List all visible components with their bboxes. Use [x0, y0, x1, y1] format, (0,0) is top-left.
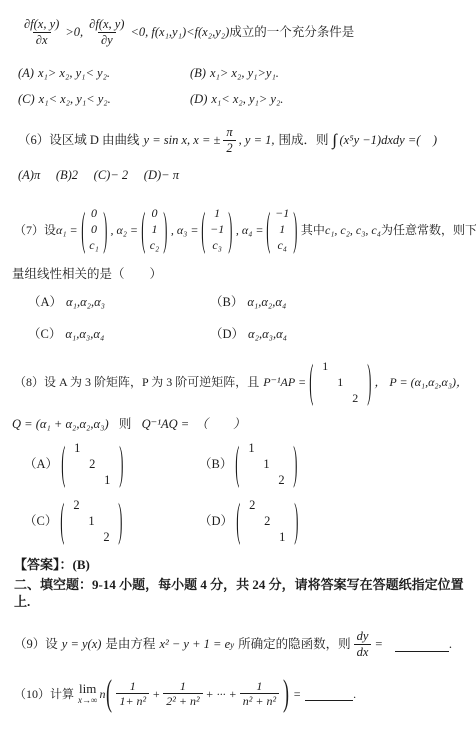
series-fraction-1: 1 1+ n² — [116, 679, 149, 709]
question-6-options: (A)π (B)2 (C)− 2 (D)− π — [18, 167, 468, 184]
answer-blank — [305, 687, 353, 701]
question-7-options: （A）α₁,α₂,α₃ （B）α₁,α₂,α₄ （C）α₁,α₃,α₄ （D）α… — [28, 294, 468, 344]
stem-text: （7）设 — [14, 222, 56, 238]
option-label: （D） — [210, 327, 244, 341]
option-b: （B）α₁,α₂,α₄ — [210, 294, 468, 311]
option-label: （C） — [24, 513, 57, 530]
matrix-entry: 1 — [244, 440, 259, 457]
option-text: x₁< x₂, y₁> y₂. — [211, 92, 283, 106]
option-label: （A） — [28, 295, 62, 309]
fraction-denominator: dx — [354, 644, 372, 660]
matrix-entry: 1 — [318, 358, 333, 374]
stem-text-2: 围成．则 — [279, 132, 329, 149]
dy-dx-fraction: dy dx — [354, 629, 372, 660]
option-label: (A) — [18, 66, 34, 80]
option-text: α₁,α₃,α₄ — [65, 327, 104, 341]
question-7-stem: （7）设 α₁ = (00c₁) , α₂ = (01c₂) , α₃ = (1… — [14, 199, 468, 261]
function-formula: y = y(x) — [62, 636, 102, 653]
curve-formula: y = sin x, x = ± — [144, 132, 221, 149]
matrix-entry: 2 — [348, 390, 363, 406]
vector-entry: 1 — [279, 222, 285, 238]
matrix-entry: 1 — [70, 440, 85, 457]
equation-formula: x² − y + 1 = e — [159, 636, 230, 653]
equals-sign: = — [293, 686, 301, 702]
left-paren: ( — [236, 441, 240, 488]
similarity-formula: P⁻¹AP = — [263, 374, 306, 390]
option-a: (A)x₁> x₂, y₁< y₂. — [18, 65, 190, 82]
right-paren: ) — [293, 441, 297, 488]
matrix-entry: 1 — [275, 529, 290, 546]
right-paren: ) — [119, 441, 123, 488]
question-5-options: (A)x₁> x₂, y₁< y₂. (B)x₁> x₂, y₁>y₁. (C)… — [18, 65, 468, 108]
section-2-header: 二、填空题：9-14 小题，每小题 4 分，共 24 分，请将答案写在答题纸指定… — [14, 576, 468, 611]
right-paren: ) — [294, 498, 298, 545]
alpha4-vector: (−11c₄) — [265, 206, 298, 253]
question-6-stem: （6）设区域 D 由曲线 y = sin x, x = ± π 2 , y = … — [18, 121, 468, 161]
alpha3-vector: (1−1c₃) — [200, 206, 233, 253]
option-c: （C）α₁,α₃,α₄ — [28, 326, 210, 343]
fraction-denominator: ∂x — [33, 32, 51, 48]
option-text: α₁,α₂,α₃ — [66, 295, 105, 309]
partial-derivative-y-fraction: ∂f(x, y) ∂y — [86, 17, 127, 48]
option-text: α₂,α₃,α₄ — [248, 327, 287, 341]
fraction-numerator: 1 — [177, 679, 189, 693]
option-label: (C) — [18, 92, 35, 106]
stem-text: （6）设区域 D 由曲线 — [18, 132, 140, 149]
double-integral-icon: ∫∫ — [333, 130, 340, 152]
fraction-denominator: ∂y — [98, 32, 116, 48]
option-d: （D）α₂,α₃,α₄ — [210, 326, 468, 343]
stem-text-3: 为任意常数，则下列向 — [381, 222, 476, 238]
stem-text: （8）设 A 为 3 阶矩阵，P 为 3 阶可逆矩阵，且 — [14, 374, 259, 390]
answer-line: 【答案】：(B) — [14, 556, 468, 574]
n-factor: n — [99, 686, 105, 702]
fraction-numerator: 1 — [253, 679, 265, 693]
right-paren: ) — [103, 206, 107, 253]
vector-entry: 0 — [91, 206, 97, 222]
condition-formula: <0, f(x₁,y₁)<f(x₂,y₂) — [130, 24, 229, 41]
stem-text-3: 所确定的隐函数，则 — [238, 636, 351, 653]
option-matrix: (112) — [234, 440, 298, 488]
alpha2-vector: (01c₂) — [140, 206, 169, 253]
left-paren: ( — [202, 206, 206, 253]
q-definition: Q = (α₁ + α₂,α₂,α₃) — [12, 417, 109, 431]
alpha2-label: , α₂ = — [110, 222, 138, 238]
vector-entry: c₂ — [150, 238, 160, 254]
pi-over-2-fraction: π 2 — [223, 125, 235, 156]
fraction-denominator: 2² + n² — [163, 693, 202, 708]
option-label: (D) — [190, 92, 207, 106]
matrix-entry: 1 — [100, 472, 115, 489]
left-paren: ( — [141, 206, 145, 253]
option-matrix: (121) — [60, 440, 124, 488]
option-a: （A） (121) — [24, 440, 199, 488]
left-paren: ( — [61, 498, 65, 545]
stem-text: 成立的一个充分条件是 — [229, 24, 354, 41]
matrix-entry: 1 — [259, 456, 274, 473]
fraction-denominator: 1+ n² — [116, 693, 149, 708]
inequality-text: >0, — [65, 24, 83, 41]
fraction-numerator: ∂f(x, y) — [21, 17, 62, 32]
alpha1-vector: (00c₁) — [80, 206, 109, 253]
vector-entry: −1 — [275, 206, 289, 222]
plus-sign: + — [152, 686, 160, 702]
series-fraction-3: 1 n² + n² — [240, 679, 279, 709]
vector-entry: c₁ — [89, 238, 99, 254]
question-7-continuation: 量组线性相关的是（ ） — [12, 266, 468, 283]
right-paren: ) — [228, 206, 232, 253]
stem-text-2: 其中 — [301, 222, 325, 238]
question-5-stem: ∂f(x, y) ∂x >0, ∂f(x, y) ∂y <0, f(x₁,y₁)… — [18, 9, 468, 55]
fraction-numerator: ∂f(x, y) — [86, 17, 127, 32]
equals-sign: = — [374, 636, 382, 653]
option-label: （B） — [210, 295, 243, 309]
option-d: (D)x₁< x₂, y₁> y₂. — [190, 91, 468, 108]
fraction-numerator: dy — [354, 629, 372, 644]
right-paren: ) — [294, 206, 298, 253]
option-text: x₁< x₂, y₁< y₂. — [39, 92, 111, 106]
integrand-formula: (x⁵y −1)dxdy =( ) — [340, 132, 438, 149]
matrix-entry: 2 — [99, 529, 114, 546]
question-8-stem: （8）设 A 为 3 阶矩阵，P 为 3 阶可逆矩阵，且 P⁻¹AP = (11… — [14, 351, 468, 413]
option-label: （D） — [199, 513, 233, 530]
option-label: （C） — [28, 327, 61, 341]
answer-blank — [395, 638, 449, 652]
partial-derivative-x-fraction: ∂f(x, y) ∂x — [21, 17, 62, 48]
matrix-entry: 1 — [333, 374, 348, 390]
question-10-stem: （10）计算 lim x→∞ n ( 1 1+ n² + 1 2² + n² +… — [14, 671, 468, 717]
diagonal-matrix: (112) — [308, 358, 372, 406]
left-paren: ( — [81, 206, 85, 253]
fraction-numerator: π — [223, 125, 235, 140]
question-8-options: （A） (121) （B） (112) （C） (212) （D） (221) — [24, 440, 468, 545]
period: . — [449, 636, 452, 653]
option-c: (C)x₁< x₂, y₁< y₂. — [18, 91, 190, 108]
option-label: (B) — [190, 66, 206, 80]
option-c: （C） (212) — [24, 497, 199, 545]
option-d: （D） (221) — [199, 497, 468, 545]
left-paren: ( — [106, 675, 112, 712]
left-paren: ( — [267, 206, 271, 253]
vector-entry: 1 — [214, 206, 220, 222]
stem-text-2: 是由方程 — [105, 636, 155, 653]
exam-page: ∂f(x, y) ∂x >0, ∂f(x, y) ∂y <0, f(x₁,y₁)… — [0, 0, 476, 740]
alpha3-label: , α₃ = — [171, 222, 199, 238]
curve-formula-2: , y = 1, — [239, 132, 275, 149]
vector-entry: −1 — [210, 222, 224, 238]
stem-text-2: 则 — [119, 417, 132, 431]
vector-entry: 0 — [91, 222, 97, 238]
lim-subscript: x→∞ — [78, 696, 97, 705]
stem-text: （9）设 — [14, 636, 58, 653]
option-matrix: (221) — [235, 497, 299, 545]
alpha4-label: , α₄ = — [236, 222, 264, 238]
left-paren: ( — [236, 498, 240, 545]
option-label: （B） — [199, 456, 232, 473]
fraction-denominator: 2 — [223, 140, 235, 156]
right-paren: ) — [118, 498, 122, 545]
ellipsis: + ··· + — [206, 686, 237, 702]
period: . — [353, 686, 356, 702]
matrix-entry: 2 — [85, 456, 100, 473]
option-b: (B)x₁> x₂, y₁>y₁. — [190, 65, 468, 82]
vector-entry: c₃ — [212, 238, 222, 254]
option-label: （A） — [24, 456, 58, 473]
p-definition: ， P = (α₁,α₂,α₃)， — [374, 374, 468, 390]
question-9-stem: （9）设 y = y(x) 是由方程 x² − y + 1 = ey 所确定的隐… — [14, 624, 468, 666]
matrix-entry: 2 — [274, 472, 289, 489]
vector-entry: 0 — [151, 206, 157, 222]
right-paren: ) — [163, 206, 167, 253]
stem-text: （10）计算 — [14, 686, 74, 702]
question-formula: Q⁻¹AQ = （ ） — [142, 417, 246, 431]
matrix-entry: 1 — [84, 513, 99, 530]
constants-list: c₁, c₂, c₃, c₄ — [325, 222, 381, 238]
right-paren: ) — [283, 675, 289, 712]
question-8-line2: Q = (α₁ + α₂,α₂,α₃) 则 Q⁻¹AQ = （ ） — [12, 416, 468, 433]
option-a: （A）α₁,α₂,α₃ — [28, 294, 210, 311]
matrix-entry: 2 — [245, 497, 260, 514]
option-b: （B） (112) — [199, 440, 468, 488]
option-text: α₁,α₂,α₄ — [247, 295, 286, 309]
right-paren: ) — [367, 359, 371, 406]
option-matrix: (212) — [59, 497, 123, 545]
vector-entry: c₄ — [277, 238, 287, 254]
left-paren: ( — [309, 359, 313, 406]
left-paren: ( — [61, 441, 65, 488]
option-text: x₁> x₂, y₁< y₂. — [38, 66, 110, 80]
matrix-entry: 2 — [69, 497, 84, 514]
lim-text: lim — [79, 682, 96, 695]
limit-operator: lim x→∞ — [78, 682, 97, 705]
alpha1-label: α₁ = — [56, 222, 78, 238]
series-fraction-2: 1 2² + n² — [163, 679, 202, 709]
option-text: x₁> x₂, y₁>y₁. — [210, 66, 279, 80]
fraction-denominator: n² + n² — [240, 693, 279, 708]
fraction-numerator: 1 — [127, 679, 139, 693]
matrix-entry: 2 — [260, 513, 275, 530]
vector-entry: 1 — [151, 222, 157, 238]
